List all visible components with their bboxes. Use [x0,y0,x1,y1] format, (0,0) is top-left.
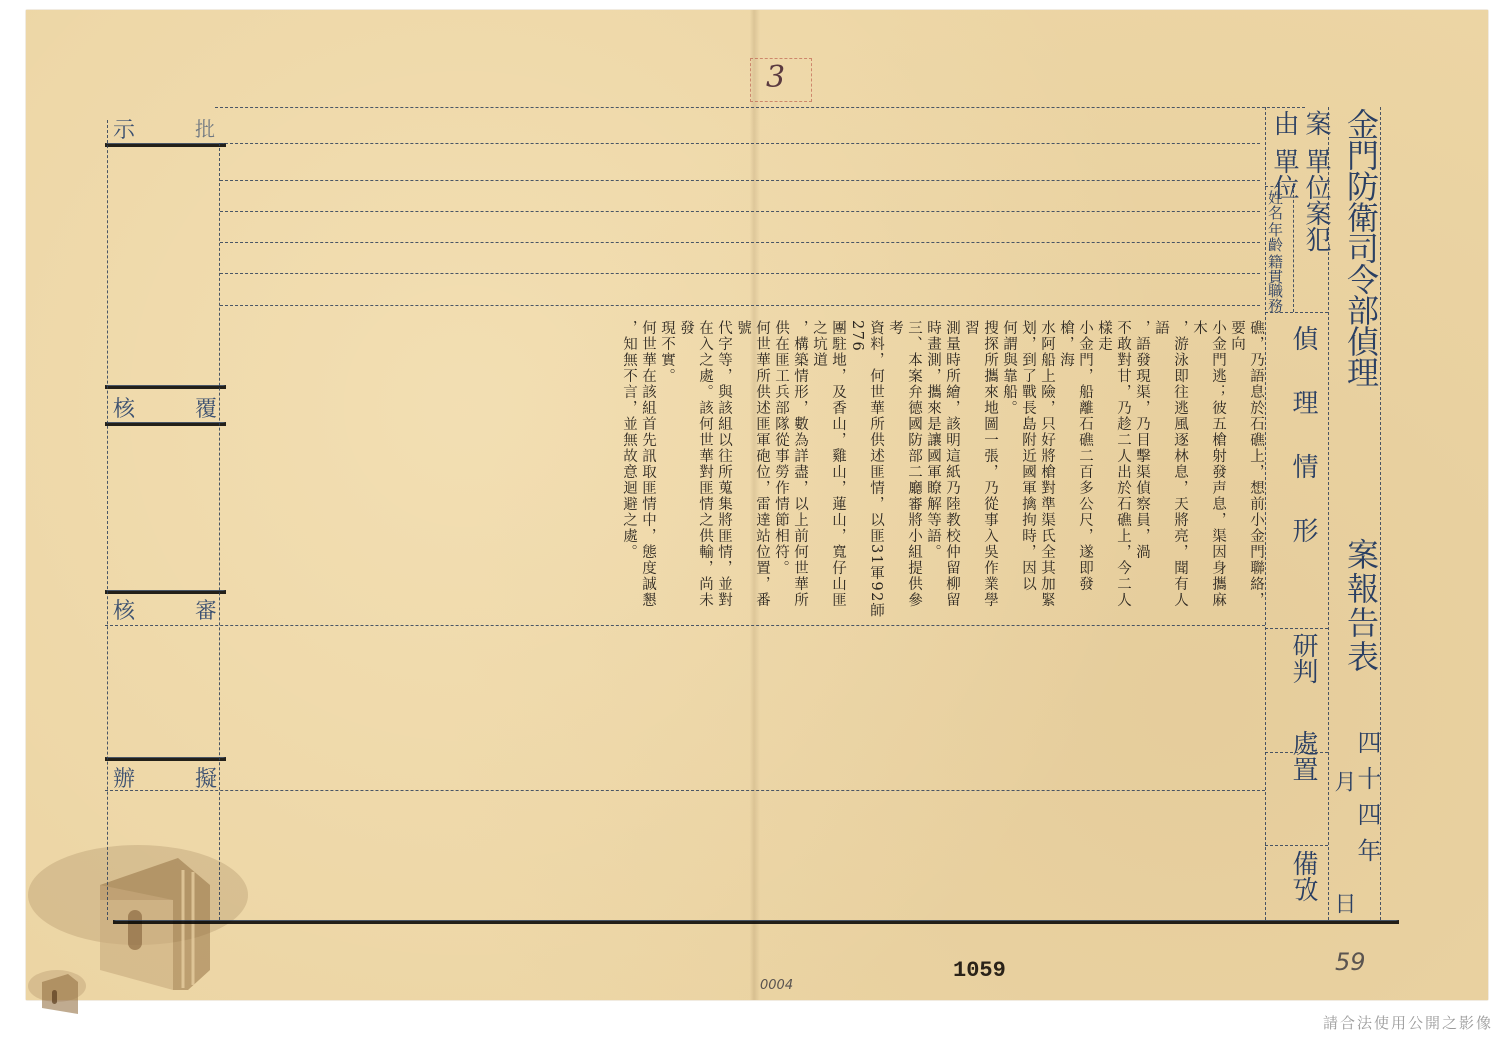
hand-line: 划，到了戰長島附近國軍擒拘時，因以 [1020,320,1036,592]
reason-label: 由 [1266,110,1303,136]
hand-line: 供在匪工兵部隊從事勞作情節相符。 [773,320,789,576]
hand-line: 小金門，船離石礁二百多公尺，遂即發槍，海 [1058,320,1093,592]
approval-label-bottom: 示 [113,113,135,144]
hand-line: 礁，乃語息於石礁上，想前小金門聯絡，要向 [1229,320,1264,608]
audit-label-bottom: 核 [113,594,135,625]
hand-line: ，知無不言，並無故意迴避之處。 [621,320,637,560]
hand-line: 時畫測，攜來是讓國軍瞭解等語。 [925,320,941,560]
hand-line: 不敢對甘，乃趁二人出於石礁上，今二人樣走 [1096,320,1131,608]
hand-line: 何世華在該組首先訊取匪情中，態度誠懇 [640,320,656,608]
form-line [105,790,1265,791]
form-line [105,625,1265,626]
form-line [1265,628,1328,629]
hand-line: 代字等，與該組以往所蒐集將匪情，並對 [716,320,732,608]
hand-line: 現不實。 [659,320,675,384]
form-line [1265,845,1328,846]
usage-watermark: 請合法使用公開之影像 [1323,1012,1493,1033]
pencil-note-right: 59 [1335,948,1366,976]
investigation-label: 偵理情形 [1285,325,1322,581]
hand-line: ，語發現渠，乃目擊渠偵察員，渦 [1134,320,1150,560]
form-left-border [107,120,108,920]
hand-line: ，構築情形，數為詳盡，以上前何世華所 [792,320,808,608]
origin-label: 籍貫 [1268,254,1281,284]
name-label: 姓名 [1268,190,1281,220]
case-reason-label: 案犯 [1298,200,1335,252]
hand-line: 搜探所攜來地圖一張，乃從事入吳作業學習 [963,320,998,608]
case-unit-label: 單位 [1298,148,1335,200]
form-line [220,143,1260,144]
case-label: 案 [1298,110,1335,136]
form-line [220,273,1260,274]
hand-line: 團駐地，及香山，雞山，蓮山，寬仔山匪之坑道 [811,320,846,608]
archive-logo-small-icon [28,968,86,1018]
form-divider [1293,185,1294,312]
hand-line: 測量時所繪，該明這紙乃陸教校仲留柳留 [944,320,960,608]
form-line [220,211,1260,212]
remarks-label: 備攷 [1285,850,1322,902]
hand-line: 資料，何世華所供述匪情，以匪31軍92師276 [849,320,884,619]
form-line [220,180,1260,181]
occupation-label: 職務 [1268,283,1281,313]
form-line [220,242,1260,243]
archive-number: 1059 [953,958,1006,983]
form-top-border [215,107,1305,108]
hand-line: 何謂與靠船。 [1001,320,1017,416]
hand-line: ，游泳即往逃風逐林息，天將亮，聞有人語 [1153,320,1188,608]
date-month: 月 [1328,770,1359,792]
stamp-page-number: 3 [766,60,785,95]
form-divider [219,143,220,920]
form-title: 案報告表 [1338,538,1384,674]
date-year: 四十四年 [1350,730,1385,874]
organization-title: 金門防衛司令部偵理 [1338,108,1384,387]
proposal-label-bottom: 辦 [113,762,135,793]
age-label: 年齡 [1268,222,1281,252]
date-day: 日 [1328,892,1359,914]
hand-line: 小金門逃；彼五槍射發声息，渠因身攜麻木 [1191,320,1226,608]
audit-label-top: 審 [195,594,217,625]
proposal-label-top: 擬 [195,762,217,793]
research-label: 研判 [1285,632,1322,684]
approval-label-top: 批 [195,113,215,142]
review-label-top: 覆 [195,392,217,423]
disposition-label: 處置 [1285,730,1322,782]
review-label-bottom: 核 [113,392,135,423]
handwritten-report-body: 礁，乃語息於石礁上，想前小金門聯絡，要向 小金門逃；彼五槍射發声息，渠因身攜麻木… [780,320,1265,620]
form-bottom-border [113,920,1399,924]
form-line [220,305,1260,306]
hand-line: 三、本案弁德國防部二廳審將小組提供參考 [887,320,922,608]
form-line [105,385,226,389]
hand-line: 水阿船上險，只好將槍對準渠氏全其加緊 [1039,320,1055,608]
form-line [105,757,226,761]
pencil-note-left: 0004 [760,978,793,993]
